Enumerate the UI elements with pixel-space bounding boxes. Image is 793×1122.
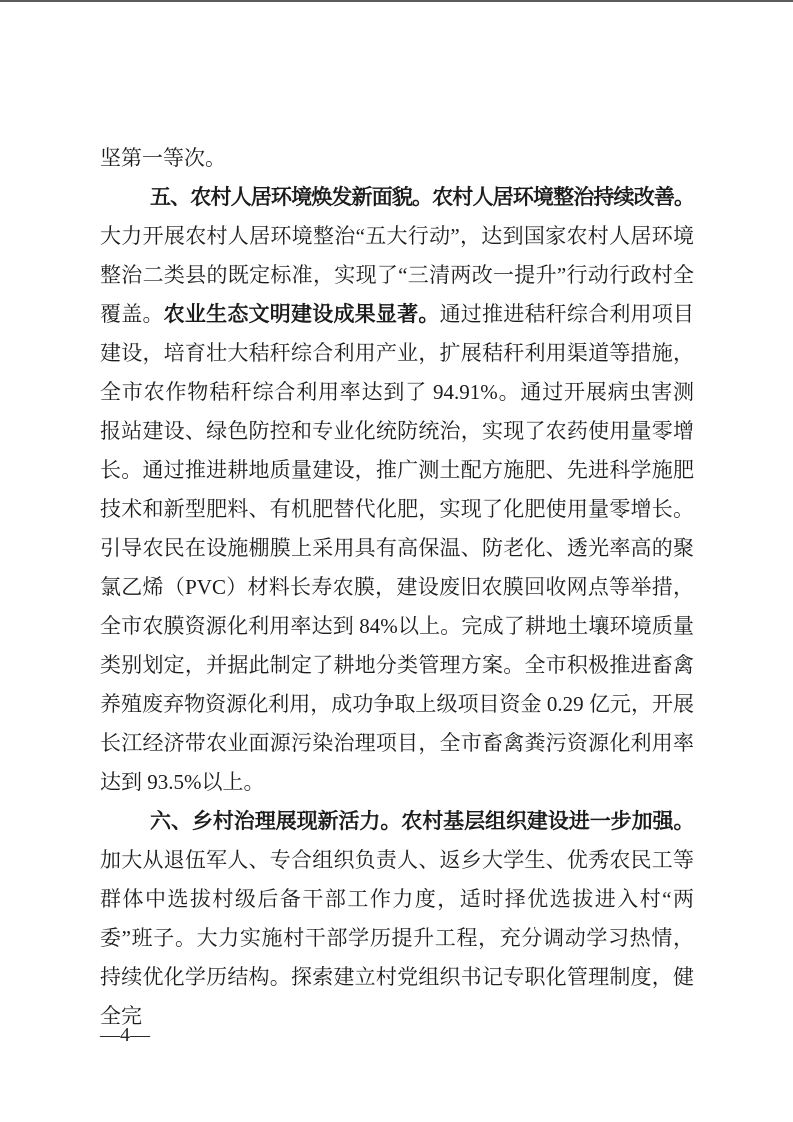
section-6-heading: 六、乡村治理展现新活力。农村基层组织建设进一步加强。 <box>150 810 694 833</box>
scan-edge-line <box>0 0 793 2</box>
inline-bold-subheading: 农业生态文明建设成果显著。 <box>164 303 440 326</box>
document-page: 坚第一等次。 五、农村人居环境焕发新面貌。农村人居环境整治持续改善。大力开展农村… <box>0 0 793 1122</box>
paragraph-section-6: 六、乡村治理展现新活力。农村基层组织建设进一步加强。加大从退伍军人、专合组织负责… <box>100 802 694 1036</box>
page-number: —4— <box>100 1025 150 1046</box>
body-text: 坚第一等次。 <box>100 146 226 170</box>
document-body: 坚第一等次。 五、农村人居环境焕发新面貌。农村人居环境整治持续改善。大力开展农村… <box>100 139 694 1036</box>
body-text: 加大从退伍军人、专合组织负责人、返乡大学生、优秀农民工等群体中选拔村级后备干部工… <box>100 848 694 1028</box>
body-text: 通过推进秸秆综合利用项目建设，培育壮大秸秆综合利用产业，扩展秸秆利用渠道等措施，… <box>100 302 694 794</box>
paragraph-section-5: 五、农村人居环境焕发新面貌。农村人居环境整治持续改善。大力开展农村人居环境整治“… <box>100 178 694 802</box>
paragraph-continuation: 坚第一等次。 <box>100 139 694 178</box>
section-5-heading: 五、农村人居环境焕发新面貌。农村人居环境整治持续改善。 <box>150 186 694 209</box>
